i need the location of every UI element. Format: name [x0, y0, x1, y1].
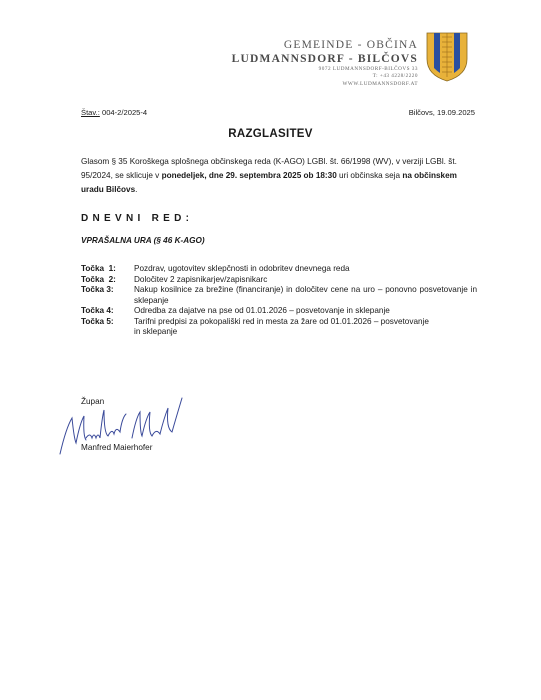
website: www.ludmannsdorf.at: [232, 81, 418, 88]
agenda-item: Točka 5: Tarifni predpisi za pokopališki…: [81, 317, 477, 338]
address: 9072 Ludmannsdorf-Bilčovs 33: [232, 66, 418, 73]
reference-number: Štav.: 004-2/2025-4: [81, 108, 147, 117]
coat-of-arms-icon: [425, 31, 469, 83]
reference-row: Štav.: 004-2/2025-4 Bilčovs, 19.09.2025: [81, 108, 475, 117]
question-time-heading: VPRAŠALNA URA (§ 46 K-AGO): [81, 236, 205, 245]
phone: T: +43 4228/2220: [232, 73, 418, 80]
place-date: Bilčovs, 19.09.2025: [409, 108, 475, 117]
agenda-item: Točka 3: Nakup kosilnice za brežine (fin…: [81, 285, 477, 306]
intro-paragraph: Glasom § 35 Koroškega splošnega občinske…: [81, 155, 477, 197]
agenda-item: Točka 4: Odredba za dajatve na pse od 01…: [81, 306, 477, 317]
agenda-heading: DNEVNI RED:: [81, 213, 193, 224]
signatory-name: Manfred Maierhofer: [81, 443, 152, 452]
document-title: RAZGLASITEV: [0, 128, 541, 140]
agenda-item: Točka 2: Določitev 2 zapisnikarjev/zapis…: [81, 275, 477, 286]
letterhead: GEMEINDE - OBČINA LUDMANNSDORF - BILČOVS…: [232, 38, 418, 88]
meeting-date: ponedeljek, dne 29. septembra 2025 ob 18…: [162, 171, 337, 180]
municipality-name: GEMEINDE - OBČINA: [232, 38, 418, 52]
agenda-list: Točka 1: Pozdrav, ugotovitev sklepčnosti…: [81, 264, 477, 338]
agenda-item: Točka 1: Pozdrav, ugotovitev sklepčnosti…: [81, 264, 477, 275]
municipality-place: LUDMANNSDORF - BILČOVS: [232, 52, 418, 66]
